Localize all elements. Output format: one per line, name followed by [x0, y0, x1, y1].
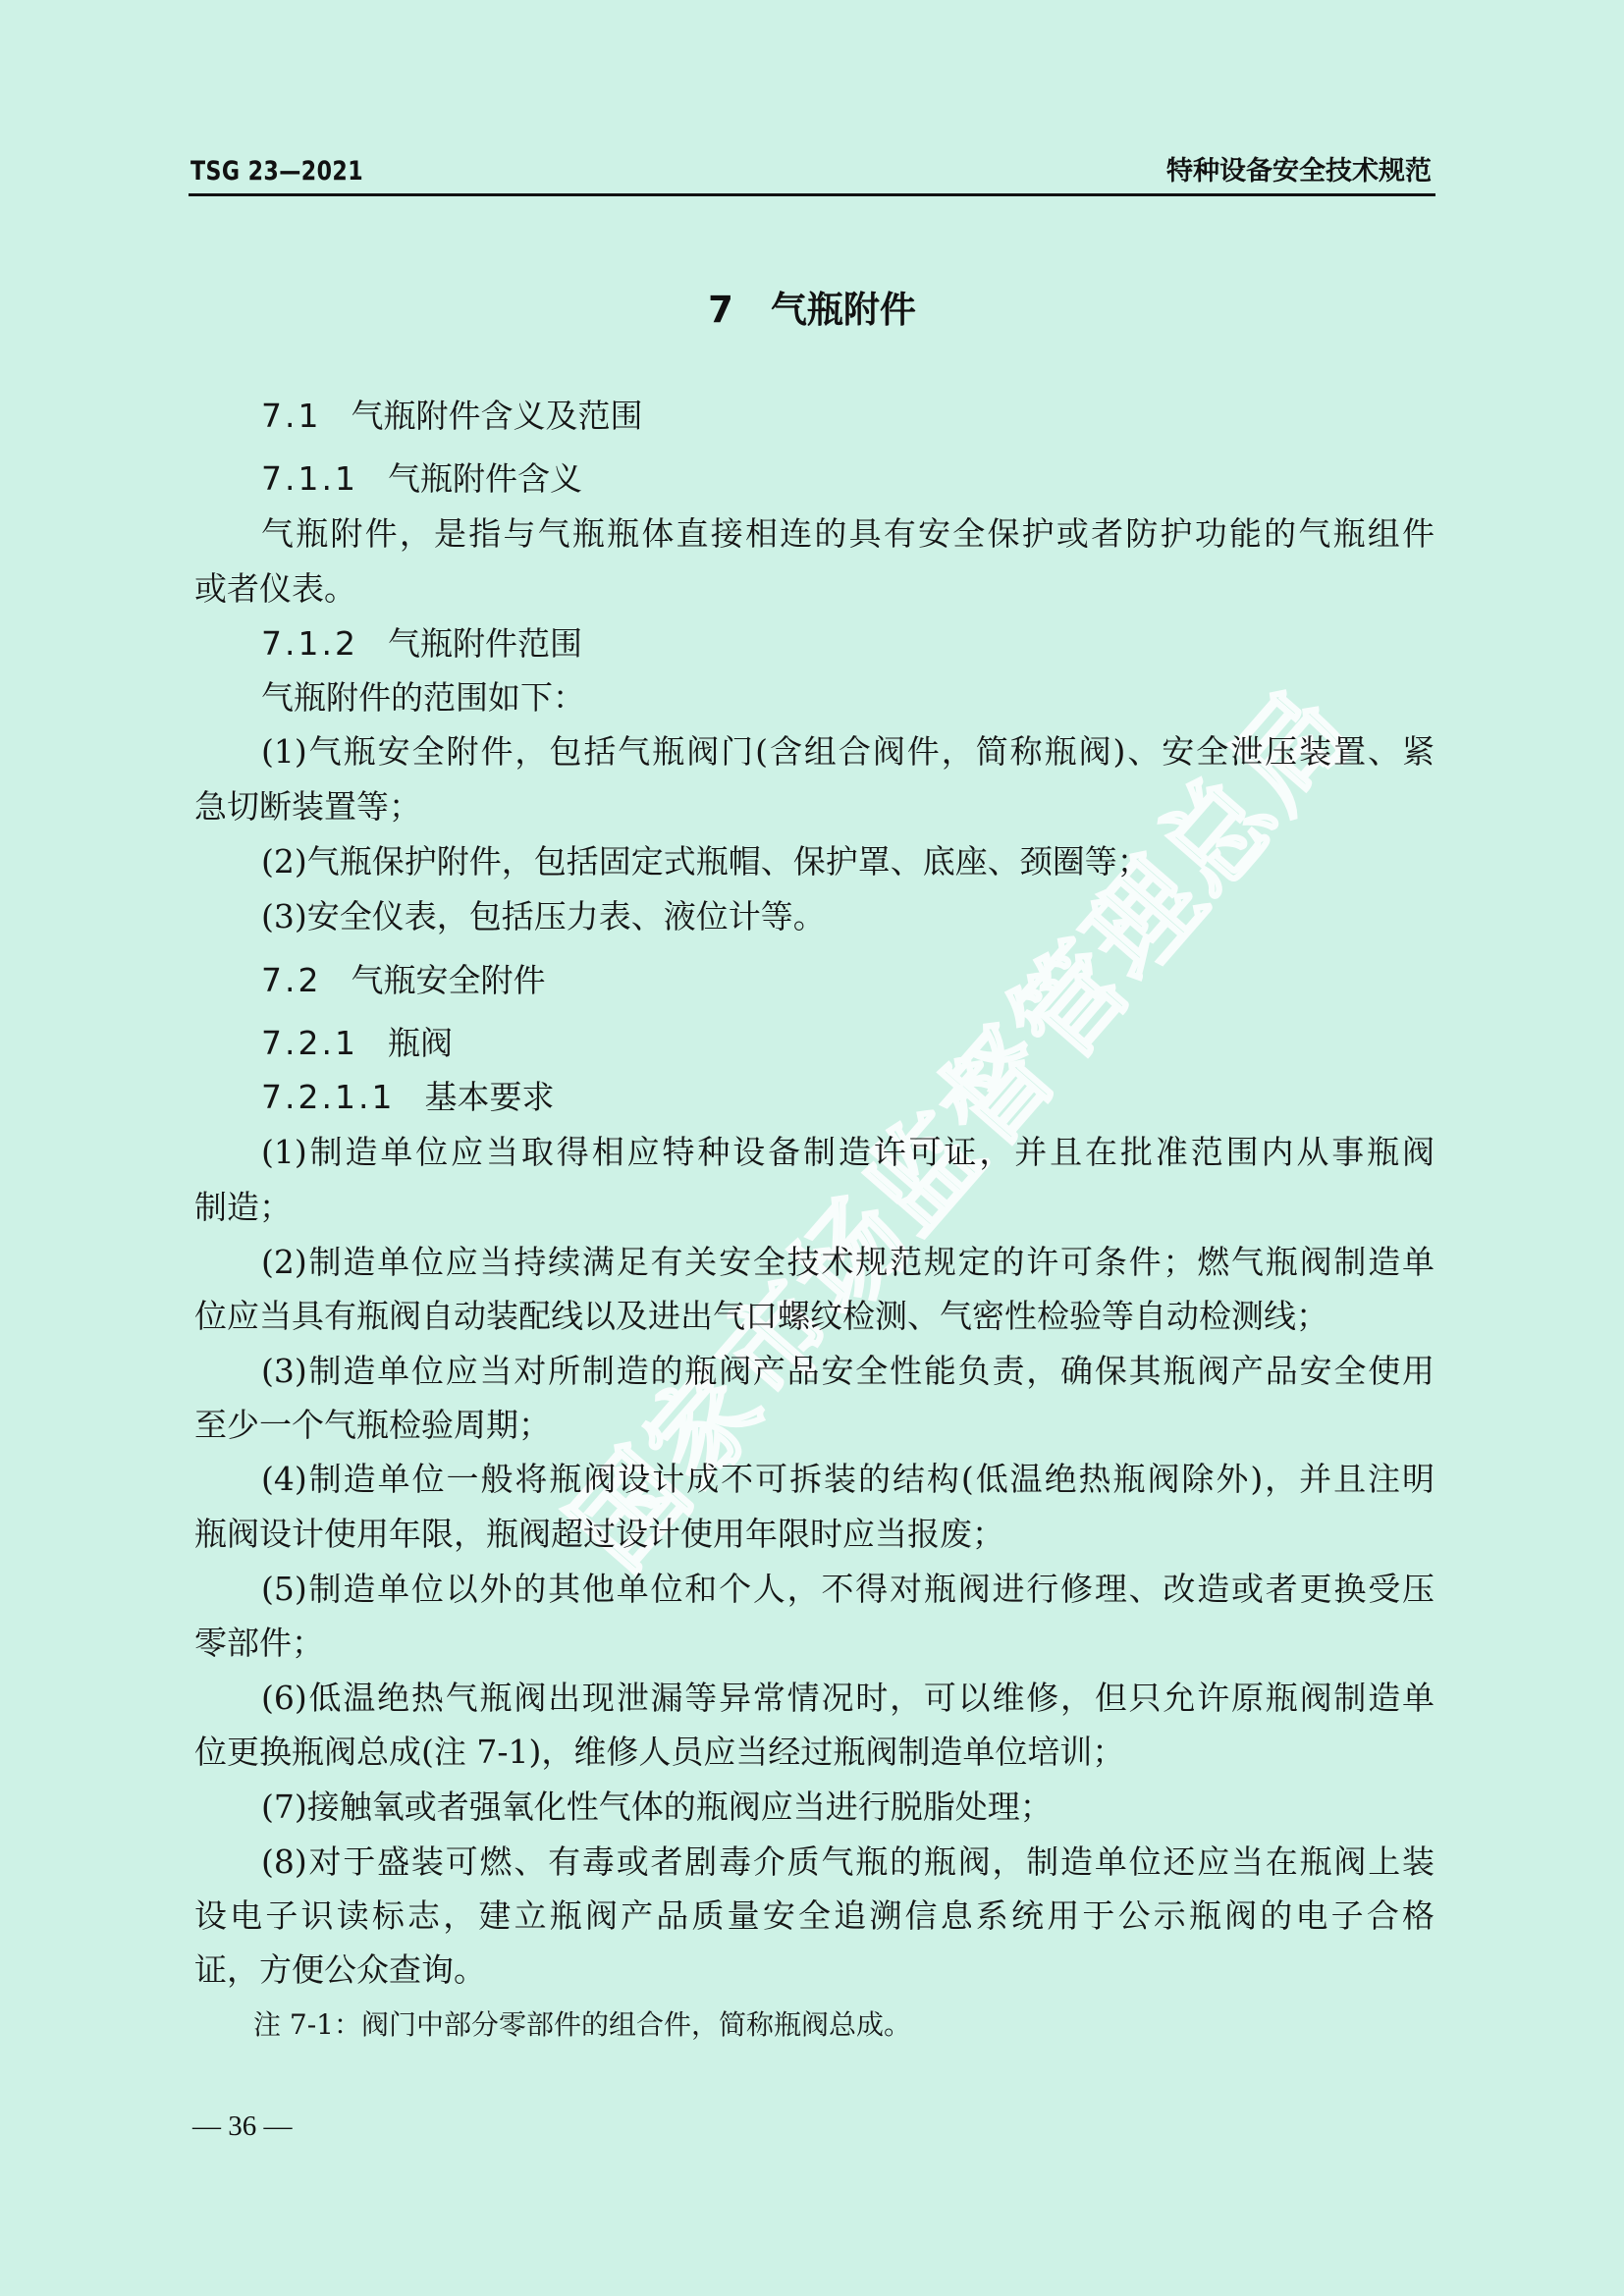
page-number: — 36 —: [192, 2109, 293, 2144]
requirement-item-5: (5)制造单位以外的其他单位和个人，不得对瓶阀进行修理、改造或者更换受压: [261, 1570, 1435, 1609]
requirement-item-1: (1)制造单位应当取得相应特种设备制造许可证，并且在批准范围内从事瓶阀: [261, 1133, 1435, 1172]
heading-text: 瓶阀: [388, 1024, 453, 1062]
chapter-title-text: 气瓶附件: [771, 289, 916, 331]
paragraph-line: 零部件；: [194, 1624, 324, 1663]
paragraph-line: 制造；: [194, 1188, 292, 1227]
header-standard-code: TSG 23—2021: [190, 155, 363, 188]
list-item-3: (3)安全仪表，包括压力表、液位计等。: [261, 897, 826, 936]
requirement-item-6: (6)低温绝热气瓶阀出现泄漏等异常情况时，可以维修，但只允许原瓶阀制造单: [261, 1679, 1435, 1718]
paragraph-line: 气瓶附件的范围如下：: [261, 678, 585, 718]
paragraph-line: 设电子识读标志，建立瓶阀产品质量安全追溯信息系统用于公示瓶阀的电子合格: [194, 1896, 1435, 1936]
paragraph-line: 或者仪表。: [194, 569, 356, 609]
requirement-item-7: (7)接触氧或者强氧化性气体的瓶阀应当进行脱脂处理；: [261, 1788, 1053, 1827]
heading-number: 7.1.2: [261, 624, 358, 663]
section-heading-7-1-1: 7.1.1气瓶附件含义: [261, 459, 582, 499]
chapter-number: 7: [708, 289, 733, 331]
heading-number: 7.1.1: [261, 459, 358, 498]
list-item-2: (2)气瓶保护附件，包括固定式瓶帽、保护罩、底座、颈圈等；: [261, 842, 1150, 881]
heading-number: 7.2: [261, 961, 321, 999]
header-series-title: 特种设备安全技术规范: [1166, 155, 1432, 188]
heading-number: 7.1: [261, 397, 321, 435]
paragraph-line: 位应当具有瓶阀自动装配线以及进出气口螺纹检测、气密性检验等自动检测线；: [194, 1297, 1328, 1336]
requirement-item-3: (3)制造单位应当对所制造的瓶阀产品安全性能负责，确保其瓶阀产品安全使用: [261, 1352, 1435, 1391]
section-heading-7-1-2: 7.1.2气瓶附件范围: [261, 624, 582, 664]
heading-text: 气瓶安全附件: [351, 961, 545, 999]
section-heading-7-2-1-1: 7.2.1.1基本要求: [261, 1078, 554, 1117]
heading-number: 7.2.1: [261, 1024, 358, 1062]
heading-text: 基本要求: [424, 1078, 554, 1116]
paragraph-line: 证，方便公众查询。: [194, 1950, 486, 1990]
chapter-title: 7气瓶附件: [0, 287, 1624, 334]
section-heading-7-2-1: 7.2.1瓶阀: [261, 1024, 453, 1063]
heading-number: 7.2.1.1: [261, 1078, 395, 1116]
list-item-1: (1)气瓶安全附件，包括气瓶阀门(含组合阀件，简称瓶阀)、安全泄压装置、紧: [261, 732, 1435, 772]
footnote-7-1: 注 7-1：阀门中部分零部件的组合件，简称瓶阀总成。: [253, 2005, 911, 2045]
section-heading-7-2: 7.2气瓶安全附件: [261, 961, 545, 1000]
heading-text: 气瓶附件含义及范围: [351, 397, 642, 435]
paragraph-line: 急切断装置等；: [194, 787, 421, 827]
paragraph-line: 至少一个气瓶检验周期；: [194, 1406, 551, 1445]
paragraph-line: 瓶阀设计使用年限，瓶阀超过设计使用年限时应当报废；: [194, 1515, 1004, 1554]
requirement-item-2: (2)制造单位应当持续满足有关安全技术规范规定的许可条件；燃气瓶阀制造单: [261, 1243, 1435, 1282]
requirement-item-8: (8)对于盛装可燃、有毒或者剧毒介质气瓶的瓶阀，制造单位还应当在瓶阀上装: [261, 1842, 1435, 1882]
section-heading-7-1: 7.1气瓶附件含义及范围: [261, 397, 642, 436]
paragraph-line: 气瓶附件，是指与气瓶瓶体直接相连的具有安全保护或者防护功能的气瓶组件: [261, 514, 1435, 554]
paragraph-line: 位更换瓶阀总成(注 7-1)，维修人员应当经过瓶阀制造单位培训；: [194, 1733, 1124, 1772]
heading-text: 气瓶附件含义: [388, 459, 582, 498]
requirement-item-4: (4)制造单位一般将瓶阀设计成不可拆装的结构(低温绝热瓶阀除外)，并且注明: [261, 1460, 1435, 1499]
document-page: 国家市场监督管理总局 TSG 23—2021 特种设备安全技术规范 7气瓶附件 …: [0, 0, 1624, 2296]
header-rule: [189, 193, 1435, 196]
heading-text: 气瓶附件范围: [388, 624, 582, 663]
